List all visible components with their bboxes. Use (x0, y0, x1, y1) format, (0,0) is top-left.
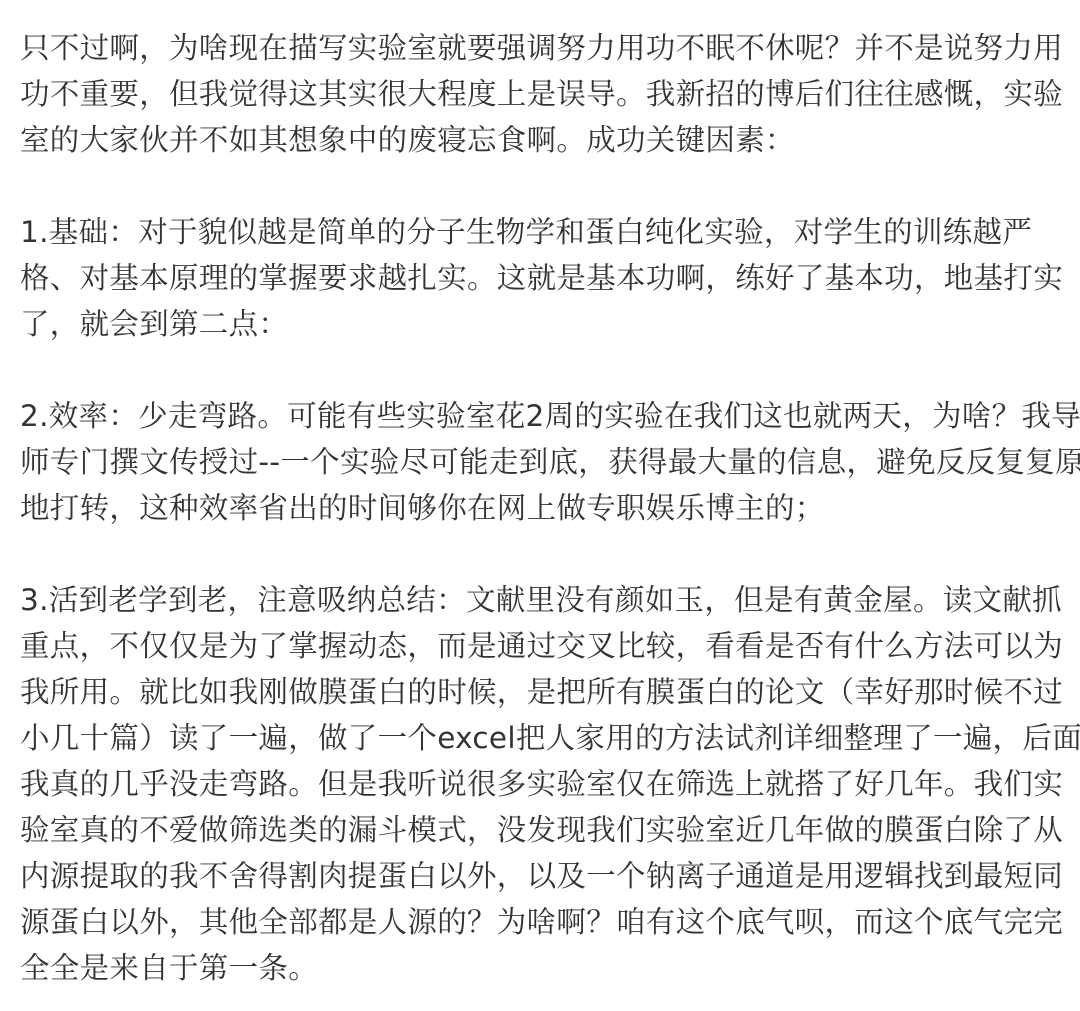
text-line: 2.效率：少走弯路。可能有些实验室花2周的实验在我们这也就两天，为啥？我导 (20, 393, 1065, 439)
text-line: 源蛋白以外，其他全部都是人源的？为啥啊？咱有这个底气呗，而这个底气完完 (20, 899, 1065, 945)
article-body: 只不过啊，为啥现在描写实验室就要强调努力用功不眠不休呢？并不是说努力用 功不重要… (20, 25, 1065, 991)
text-line: 地打转，这种效率省出的时间够你在网上做专职娱乐博主的； (20, 485, 1065, 531)
paragraph-point-2-efficiency: 2.效率：少走弯路。可能有些实验室花2周的实验在我们这也就两天，为啥？我导 师专… (20, 393, 1065, 531)
text-line: 了，就会到第二点： (20, 301, 1065, 347)
paragraph-point-3-lifelong-learning: 3.活到老学到老，注意吸纳总结：文献里没有颜如玉，但是有黄金屋。读文献抓 重点，… (20, 577, 1065, 991)
text-line: 验室真的不爱做筛选类的漏斗模式，没发现我们实验室近几年做的膜蛋白除了从 (20, 807, 1065, 853)
text-line: 师专门撰文传授过--一个实验尽可能走到底，获得最大量的信息，避免反反复复原 (20, 439, 1065, 485)
text-line: 功不重要，但我觉得这其实很大程度上是误导。我新招的博后们往往感慨，实验 (20, 71, 1065, 117)
text-line: 内源提取的我不舍得割肉提蛋白以外，以及一个钠离子通道是用逻辑找到最短同 (20, 853, 1065, 899)
text-line: 格、对基本原理的掌握要求越扎实。这就是基本功啊，练好了基本功，地基打实 (20, 255, 1065, 301)
text-line: 1.基础：对于貌似越是简单的分子生物学和蛋白纯化实验，对学生的训练越严 (20, 209, 1065, 255)
paragraph-intro: 只不过啊，为啥现在描写实验室就要强调努力用功不眠不休呢？并不是说努力用 功不重要… (20, 25, 1065, 163)
paragraph-point-1-foundation: 1.基础：对于貌似越是简单的分子生物学和蛋白纯化实验，对学生的训练越严 格、对基… (20, 209, 1065, 347)
text-line: 只不过啊，为啥现在描写实验室就要强调努力用功不眠不休呢？并不是说努力用 (20, 25, 1065, 71)
text-line: 室的大家伙并不如其想象中的废寝忘食啊。成功关键因素： (20, 117, 1065, 163)
text-line: 我所用。就比如我刚做膜蛋白的时候，是把所有膜蛋白的论文（幸好那时候不过 (20, 669, 1065, 715)
text-line: 全全是来自于第一条。 (20, 945, 1065, 991)
text-line: 3.活到老学到老，注意吸纳总结：文献里没有颜如玉，但是有黄金屋。读文献抓 (20, 577, 1065, 623)
text-line: 我真的几乎没走弯路。但是我听说很多实验室仅在筛选上就搭了好几年。我们实 (20, 761, 1065, 807)
text-line: 重点，不仅仅是为了掌握动态，而是通过交叉比较，看看是否有什么方法可以为 (20, 623, 1065, 669)
text-line: 小几十篇）读了一遍，做了一个excel把人家用的方法试剂详细整理了一遍，后面 (20, 715, 1065, 761)
